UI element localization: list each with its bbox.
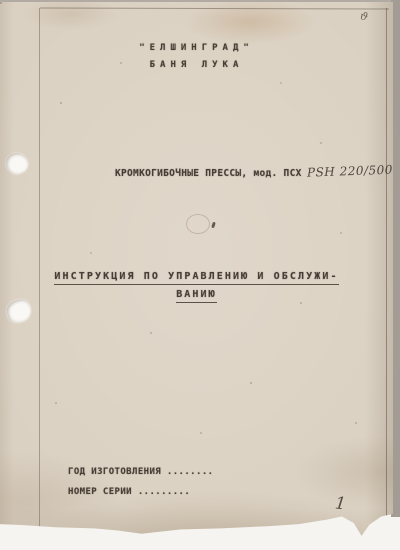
ink-speck — [211, 222, 216, 229]
page-border-right-line — [386, 8, 387, 520]
year-of-manufacture-label: ГОД ИЗГОТОВЛЕНИЯ ........ — [68, 467, 213, 477]
product-model-line: КРОМКОГИБОЧНЫЕ ПРЕССЫ, мод. ПСХPSH 220/5… — [115, 165, 400, 179]
page-border-top-line — [40, 8, 389, 10]
factory-city: БАНЯ ЛУКА — [0, 60, 393, 70]
page-margin-left-line — [39, 8, 40, 532]
factory-name: "ЕЛШИНГРАД" — [0, 43, 393, 53]
punch-hole-top — [5, 152, 30, 176]
serial-number-label: НОМЕР СЕРИИ ......... — [68, 487, 190, 497]
handwritten-corner-mark: ϑ — [359, 9, 369, 23]
document-title-line1: ИНСТРУКЦИЯ ПО УПРАВЛЕНИЮ И ОБСЛУЖИ- — [0, 271, 393, 282]
ring-smudge-stain — [186, 214, 210, 234]
handwritten-page-number: 1 — [334, 493, 347, 514]
punch-hole-bottom — [5, 297, 34, 324]
document-title-line1-text: ИНСТРУКЦИЯ ПО УПРАВЛЕНИЮ И ОБСЛУЖИ- — [54, 271, 338, 285]
document-title-line2-text: ВАНИЮ — [176, 289, 217, 303]
product-model-typed: КРОМКОГИБОЧНЫЕ ПРЕССЫ, мод. ПСХ — [115, 168, 302, 179]
paper-noise-specks — [0, 2, 2, 4]
product-model-handwritten: PSH 220/5000 — [306, 162, 400, 179]
document-page: "ЕЛШИНГРАД" БАНЯ ЛУКА КРОМКОГИБОЧНЫЕ ПРЕ… — [0, 2, 393, 538]
document-title-line2: ВАНИЮ — [0, 289, 393, 300]
